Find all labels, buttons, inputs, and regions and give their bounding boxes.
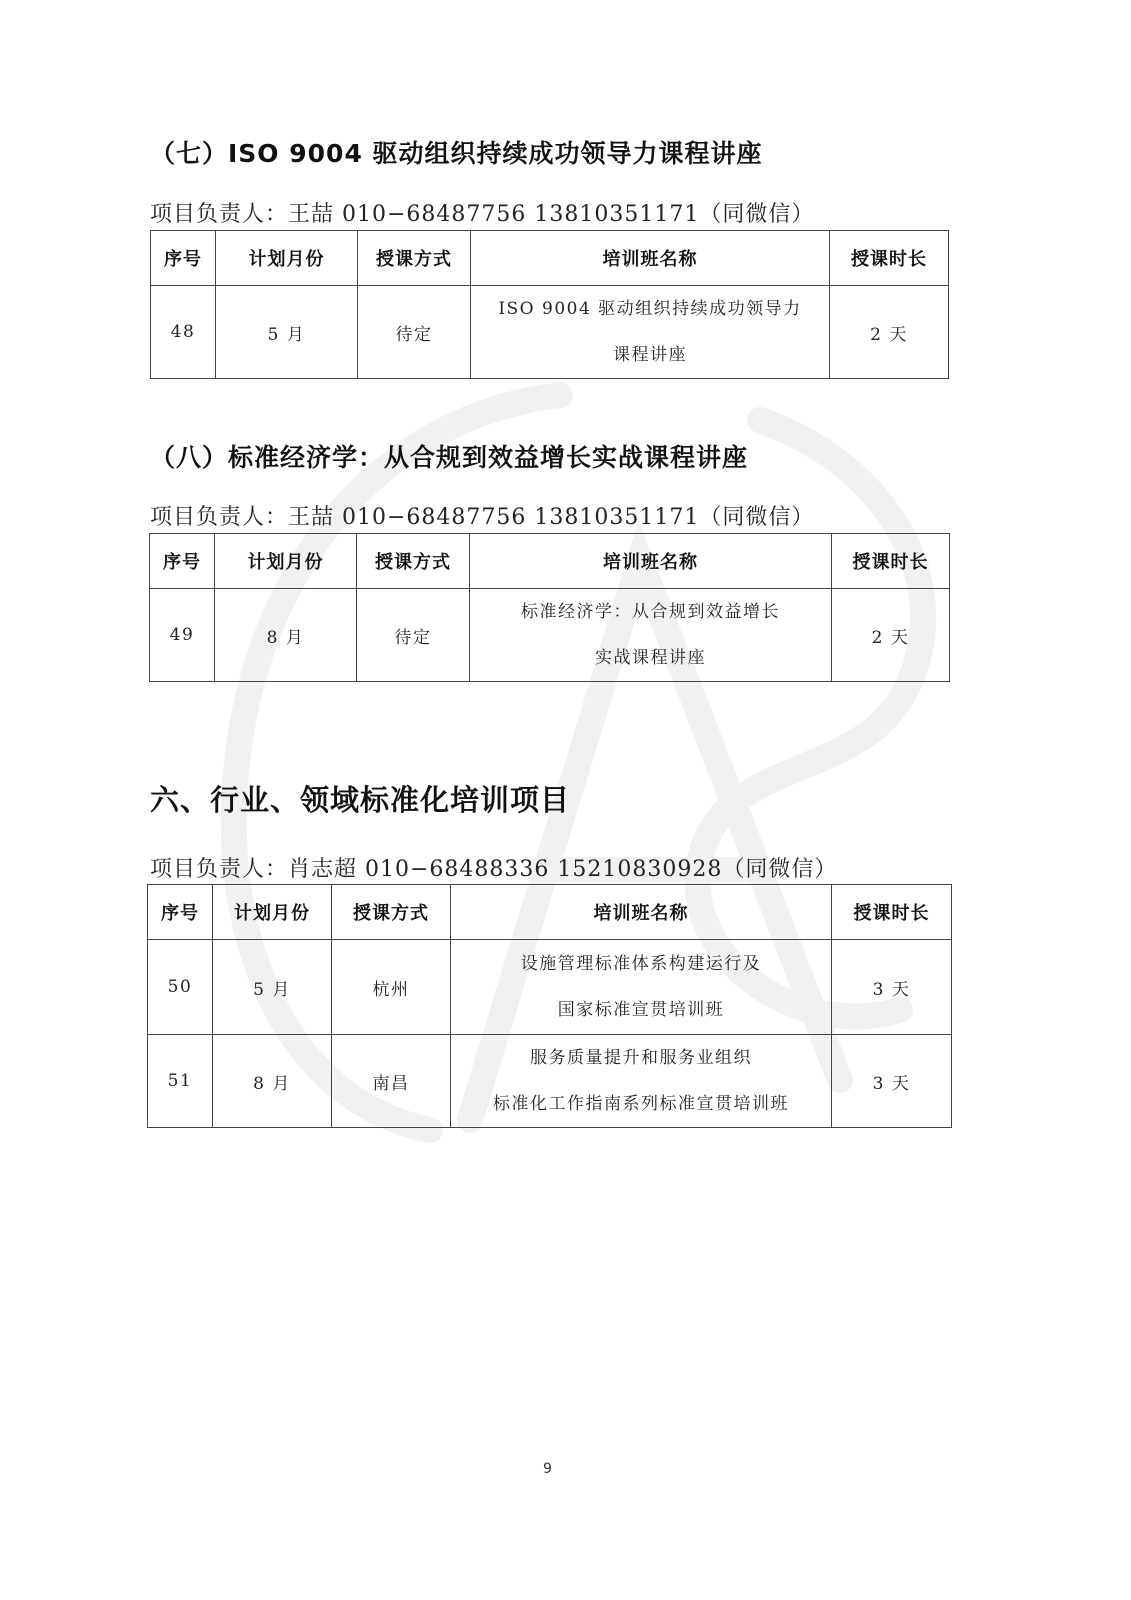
chapter-title-6: 六、行业、领域标准化培训项目 bbox=[150, 778, 570, 819]
header-month: 计划月份 bbox=[213, 885, 332, 940]
table-row: 50 5 月 杭州 设施管理标准体系构建运行及 国家标准宣贯培训班 3 天 bbox=[148, 940, 952, 1035]
course-name-line2: 实战课程讲座 bbox=[470, 635, 831, 681]
cell-course-name: ISO 9004 驱动组织持续成功领导力 课程讲座 bbox=[471, 286, 830, 379]
header-mode: 授课方式 bbox=[358, 231, 471, 286]
course-name-line1: 服务质量提升和服务业组织 bbox=[451, 1035, 831, 1081]
cell-no: 48 bbox=[151, 286, 216, 379]
header-duration: 授课时长 bbox=[830, 231, 949, 286]
header-no: 序号 bbox=[150, 534, 215, 589]
section-contact-7: 项目负责人：王喆 010−68487756 13810351171（同微信） bbox=[150, 197, 814, 228]
header-duration: 授课时长 bbox=[832, 885, 952, 940]
cell-month: 5 月 bbox=[216, 286, 358, 379]
course-name-line1: 标准经济学：从合规到效益增长 bbox=[470, 589, 831, 635]
cell-mode: 待定 bbox=[357, 589, 470, 682]
cell-mode: 南昌 bbox=[332, 1035, 451, 1128]
cell-duration: 3 天 bbox=[832, 940, 952, 1035]
cell-no: 49 bbox=[150, 589, 215, 682]
table-row: 48 5 月 待定 ISO 9004 驱动组织持续成功领导力 课程讲座 2 天 bbox=[151, 286, 949, 379]
table-header-row: 序号 计划月份 授课方式 培训班名称 授课时长 bbox=[150, 534, 950, 589]
cell-mode: 待定 bbox=[358, 286, 471, 379]
training-table-6: 序号 计划月份 授课方式 培训班名称 授课时长 50 5 月 杭州 设施管理标准… bbox=[147, 884, 952, 1128]
training-table-7: 序号 计划月份 授课方式 培训班名称 授课时长 48 5 月 待定 ISO 90… bbox=[150, 230, 949, 379]
section-contact-6: 项目负责人：肖志超 010−68488336 15210830928（同微信） bbox=[150, 852, 837, 883]
header-course-name: 培训班名称 bbox=[470, 534, 832, 589]
cell-duration: 3 天 bbox=[832, 1035, 952, 1128]
course-name-line2: 课程讲座 bbox=[471, 332, 829, 378]
section-title-8: （八）标准经济学：从合规到效益增长实战课程讲座 bbox=[150, 438, 748, 474]
header-month: 计划月份 bbox=[216, 231, 358, 286]
training-table-8: 序号 计划月份 授课方式 培训班名称 授课时长 49 8 月 待定 标准经济学：… bbox=[149, 533, 950, 682]
course-name-line2: 标准化工作指南系列标准宣贯培训班 bbox=[451, 1081, 831, 1127]
cell-course-name: 服务质量提升和服务业组织 标准化工作指南系列标准宣贯培训班 bbox=[451, 1035, 832, 1128]
course-name-line2: 国家标准宣贯培训班 bbox=[451, 987, 831, 1033]
table-header-row: 序号 计划月份 授课方式 培训班名称 授课时长 bbox=[148, 885, 952, 940]
table-row: 51 8 月 南昌 服务质量提升和服务业组织 标准化工作指南系列标准宣贯培训班 … bbox=[148, 1035, 952, 1128]
cell-mode: 杭州 bbox=[332, 940, 451, 1035]
course-name-line1: ISO 9004 驱动组织持续成功领导力 bbox=[471, 286, 829, 332]
header-month: 计划月份 bbox=[215, 534, 357, 589]
cell-course-name: 标准经济学：从合规到效益增长 实战课程讲座 bbox=[470, 589, 832, 682]
section-contact-8: 项目负责人：王喆 010−68487756 13810351171（同微信） bbox=[150, 500, 814, 531]
table-row: 49 8 月 待定 标准经济学：从合规到效益增长 实战课程讲座 2 天 bbox=[150, 589, 950, 682]
header-course-name: 培训班名称 bbox=[451, 885, 832, 940]
header-duration: 授课时长 bbox=[832, 534, 950, 589]
header-no: 序号 bbox=[148, 885, 213, 940]
cell-month: 8 月 bbox=[215, 589, 357, 682]
header-no: 序号 bbox=[151, 231, 216, 286]
header-mode: 授课方式 bbox=[357, 534, 470, 589]
course-name-line1: 设施管理标准体系构建运行及 bbox=[451, 941, 831, 987]
cell-no: 51 bbox=[148, 1035, 213, 1128]
header-mode: 授课方式 bbox=[332, 885, 451, 940]
cell-month: 8 月 bbox=[213, 1035, 332, 1128]
section-title-7: （七）ISO 9004 驱动组织持续成功领导力课程讲座 bbox=[150, 134, 763, 170]
table-header-row: 序号 计划月份 授课方式 培训班名称 授课时长 bbox=[151, 231, 949, 286]
page-number: 9 bbox=[543, 1461, 552, 1477]
cell-duration: 2 天 bbox=[832, 589, 950, 682]
header-course-name: 培训班名称 bbox=[471, 231, 830, 286]
cell-course-name: 设施管理标准体系构建运行及 国家标准宣贯培训班 bbox=[451, 940, 832, 1035]
cell-month: 5 月 bbox=[213, 940, 332, 1035]
cell-duration: 2 天 bbox=[830, 286, 949, 379]
cell-no: 50 bbox=[148, 940, 213, 1035]
